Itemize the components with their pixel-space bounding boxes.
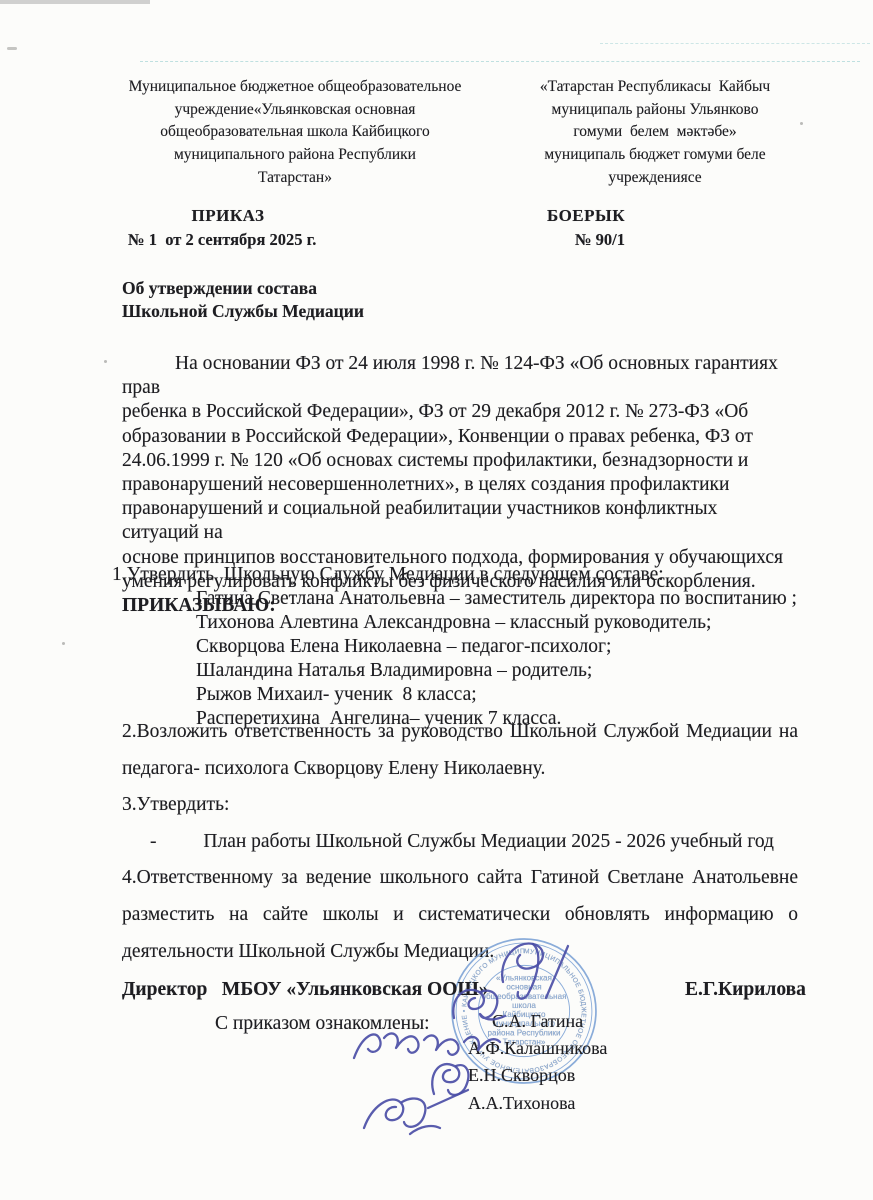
signature-skvortsov [432, 1064, 468, 1095]
handwritten-signatures [340, 930, 640, 1145]
scan-line-artifact [600, 43, 870, 44]
header-org-tatar: «Татарстан Республикасы Кайбычмуниципаль… [495, 76, 815, 190]
order-title-tt: БОЕРЫК [486, 206, 686, 226]
director-name: Е.Г.Кирилова [685, 979, 806, 1001]
item-3-bullet-line: - План работы Школьной Службы Медиации 2… [122, 824, 798, 861]
item-1-heading: 1.Утвердить Школьную Службу Медиации в с… [112, 563, 797, 587]
scan-smudge [7, 47, 17, 50]
item-3-bullet-text: План работы Школьной Службы Медиации 202… [203, 831, 774, 852]
scan-speck [62, 642, 65, 645]
order-number-tt: № 90/1 [488, 230, 712, 250]
signature-gatina [453, 990, 505, 1020]
order-number-ru: № 1 от 2 сентября 2025 г. [128, 230, 316, 250]
scan-line-artifact [140, 61, 860, 62]
signature-tikhonova [364, 1090, 468, 1134]
order-title-ru: ПРИКАЗ [128, 206, 328, 226]
scan-edge-bottom [0, 0, 150, 4]
order-subject: Об утверждении составаШкольной Службы Ме… [122, 277, 364, 322]
scan-speck [104, 360, 107, 363]
item-2-responsibility: 2.Возложить ответственность за руководст… [122, 714, 798, 787]
scanned-order-document: Муниципальное бюджетное общеобразователь… [0, 0, 873, 1200]
member-list: Гатина Светлана Анатольевна – заместител… [112, 587, 797, 731]
bullet-dash: - [150, 831, 157, 852]
preamble-text: На основании ФЗ от 24 июля 1998 г. № 124… [122, 352, 798, 594]
signature-kalashnikova [354, 1033, 500, 1058]
header-org-russian: Муниципальное бюджетное общеобразователь… [115, 76, 475, 190]
item-1-composition: 1.Утвердить Школьную Службу Медиации в с… [112, 563, 797, 731]
signature-director-kirilova [502, 943, 568, 998]
item-3-heading: 3.Утвердить: [122, 787, 798, 824]
